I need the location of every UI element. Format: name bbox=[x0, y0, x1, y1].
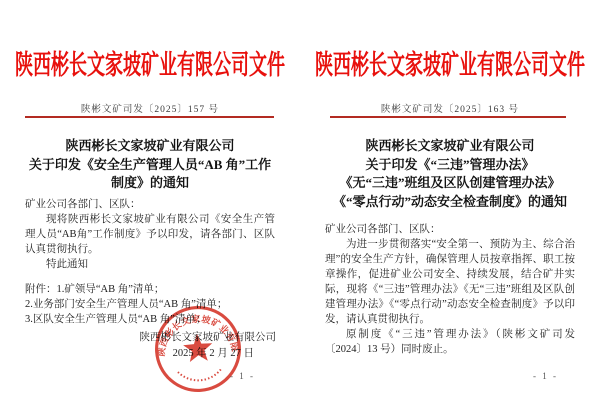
title-line: 关于印发《“三违”管理办法》 bbox=[310, 156, 590, 175]
document-title: 陕西彬长文家坡矿业有限公司 关于印发《安全生产管理人员“AB 角”工作 制度》的… bbox=[10, 137, 290, 193]
title-line: 陕西彬长文家坡矿业有限公司 bbox=[10, 137, 290, 156]
page-number: - 1 - bbox=[230, 371, 255, 381]
body-paragraph: 现将陕西彬长文家坡矿业有限公司《安全生产管理人员“AB角”工作制度》予以印发，请… bbox=[25, 212, 275, 257]
scanned-documents-canvas: { "colors": { "header_red": "#e8100c", "… bbox=[0, 0, 600, 400]
attachment-item: 1.矿领导“AB 角”清单； bbox=[57, 284, 165, 295]
salutation: 矿业公司各部门、区队： bbox=[25, 197, 275, 212]
document-page-right: 陕西彬长文家坡矿业有限公司文件 陕彬文矿司发〔2025〕163 号 陕西彬长文家… bbox=[300, 0, 600, 400]
seal-code-marks bbox=[178, 369, 222, 382]
page-number: - 1 - bbox=[533, 371, 558, 381]
letterhead-separator-line bbox=[330, 116, 566, 118]
document-page-left: 陕西彬长文家坡矿业有限公司文件 陕彬文矿司发〔2025〕157 号 陕西彬长文家… bbox=[0, 0, 300, 400]
closing-phrase: 特此通知 bbox=[25, 257, 275, 272]
document-number: 陕彬文矿司发〔2025〕163 号 bbox=[300, 101, 600, 115]
seal-star-icon bbox=[182, 333, 213, 363]
title-line: 关于印发《安全生产管理人员“AB 角”工作 bbox=[10, 156, 290, 175]
attachment-line: 附件：1.矿领导“AB 角”清单； bbox=[25, 282, 275, 297]
title-line: 陕西彬长文家坡矿业有限公司 bbox=[310, 137, 590, 156]
body-paragraph: 为进一步贯彻落实“安全第一、预防为主、综合治理”的安全生产方针，确保管理人员按章… bbox=[325, 237, 575, 327]
title-line: 制度》的通知 bbox=[10, 174, 290, 193]
title-line: 《无“三违”班组及区队创建管理办法》 bbox=[310, 174, 590, 193]
red-letterhead-title: 陕西彬长文家坡矿业有限公司文件 bbox=[300, 44, 600, 83]
title-line: 《“零点行动”动态安全检查制度》的通知 bbox=[310, 193, 590, 212]
document-title: 陕西彬长文家坡矿业有限公司 关于印发《“三违”管理办法》 《无“三违”班组及区队… bbox=[310, 137, 590, 211]
document-body: 矿业公司各部门、区队： 为进一步贯彻落实“安全第一、预防为主、综合治理”的安全生… bbox=[325, 222, 575, 357]
letterhead-separator-line bbox=[25, 116, 274, 118]
document-number: 陕彬文矿司发〔2025〕157 号 bbox=[0, 101, 300, 115]
salutation: 矿业公司各部门、区队： bbox=[325, 222, 575, 237]
red-letterhead-title: 陕西彬长文家坡矿业有限公司文件 bbox=[0, 44, 300, 83]
body-paragraph: 原制度《“三违”管理办法》（陕彬文矿司发〔2024〕13 号）同时废止。 bbox=[325, 327, 575, 357]
official-red-seal: 陕西彬长文家坡矿业有限公司 bbox=[150, 301, 246, 397]
attachments-label: 附件： bbox=[25, 284, 57, 295]
